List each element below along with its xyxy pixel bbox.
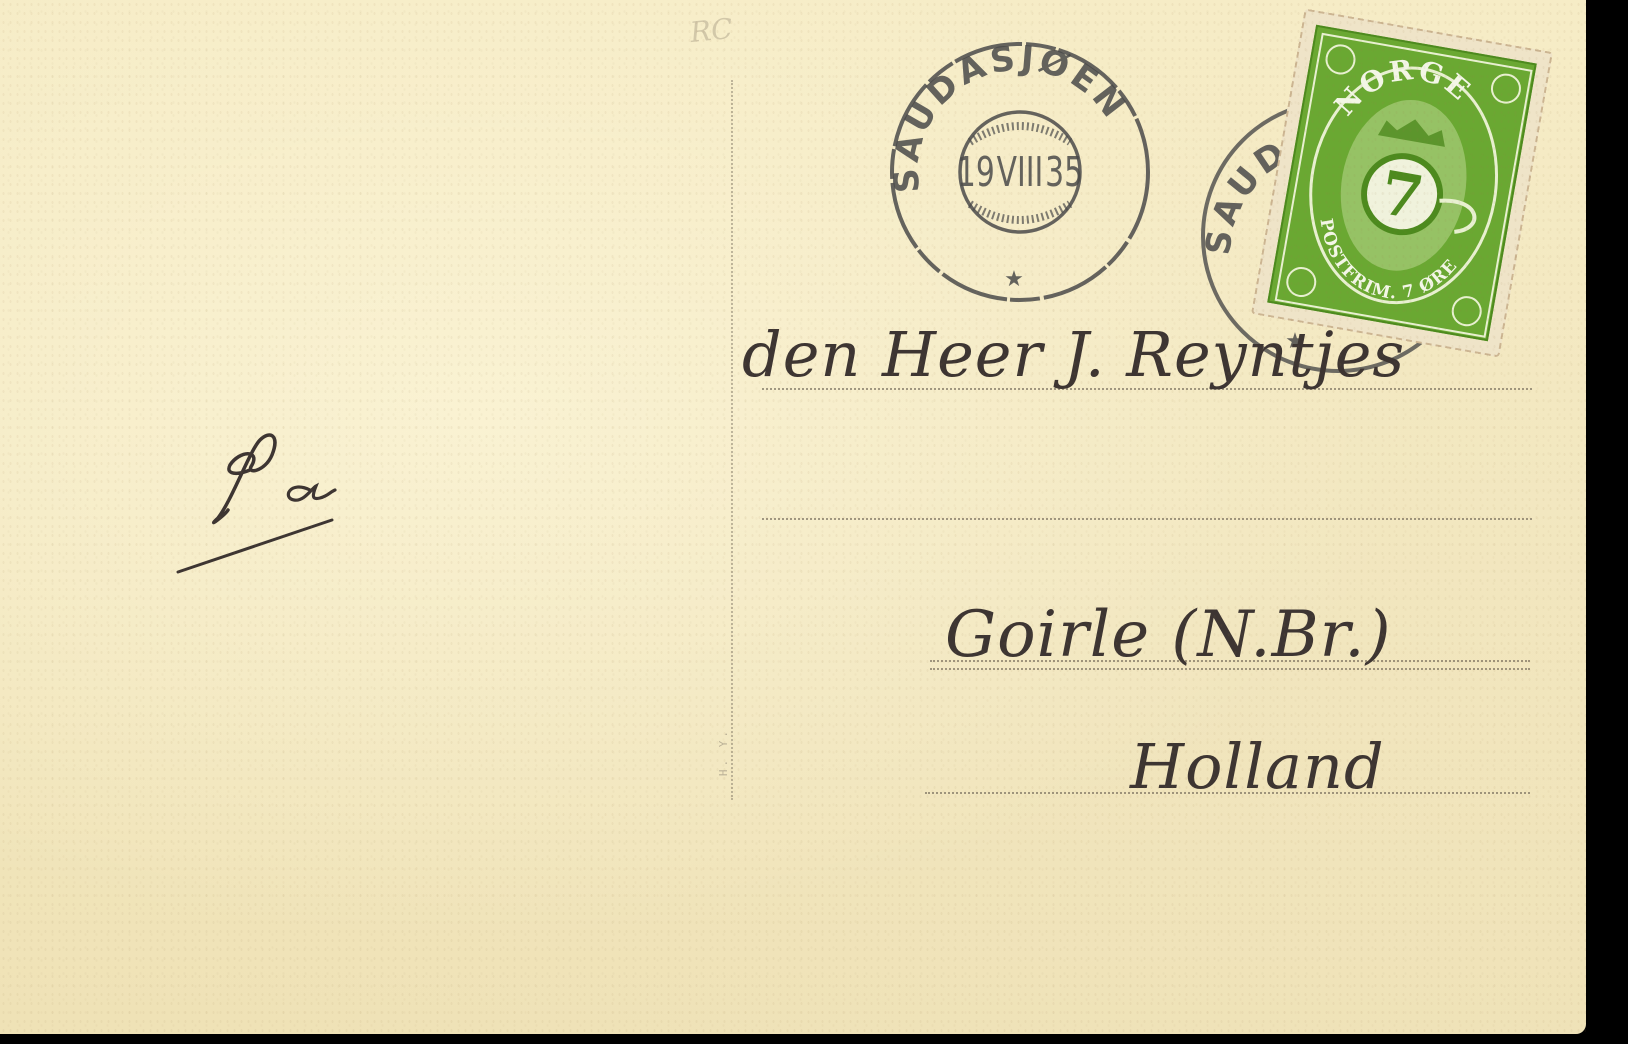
- postcard: RC H. Y. Pa SAUDASJØEN 19VIII35 ★: [0, 0, 1586, 1034]
- svg-text:★: ★: [1004, 267, 1024, 292]
- svg-text:19VIII35: 19VIII35: [957, 147, 1083, 196]
- stamp-face: NORGE POSTFRIM. 7 ØRE 7: [1267, 25, 1537, 342]
- recipient-country: Holland: [1130, 730, 1385, 803]
- vertical-divider: [731, 80, 733, 800]
- postage-stamp: NORGE POSTFRIM. 7 ØRE 7: [1263, 20, 1542, 346]
- address-line-4: Holland: [1130, 730, 1385, 803]
- postmark-saudasjoen-icon: SAUDASJØEN 19VIII35 ★: [882, 32, 1162, 312]
- address-line-1: den Heer J. Reyntjes: [742, 318, 1405, 391]
- printer-mark: H. Y.: [717, 728, 730, 776]
- pencil-annotation: RC: [688, 12, 734, 49]
- address-line-3: Goirle (N.Br.): [945, 598, 1392, 672]
- recipient-town: Goirle (N.Br.): [945, 598, 1392, 672]
- greeting-handwriting-icon: [170, 420, 350, 590]
- recipient-name: den Heer J. Reyntjes: [742, 318, 1405, 391]
- address-line-2-rule: [762, 518, 1532, 520]
